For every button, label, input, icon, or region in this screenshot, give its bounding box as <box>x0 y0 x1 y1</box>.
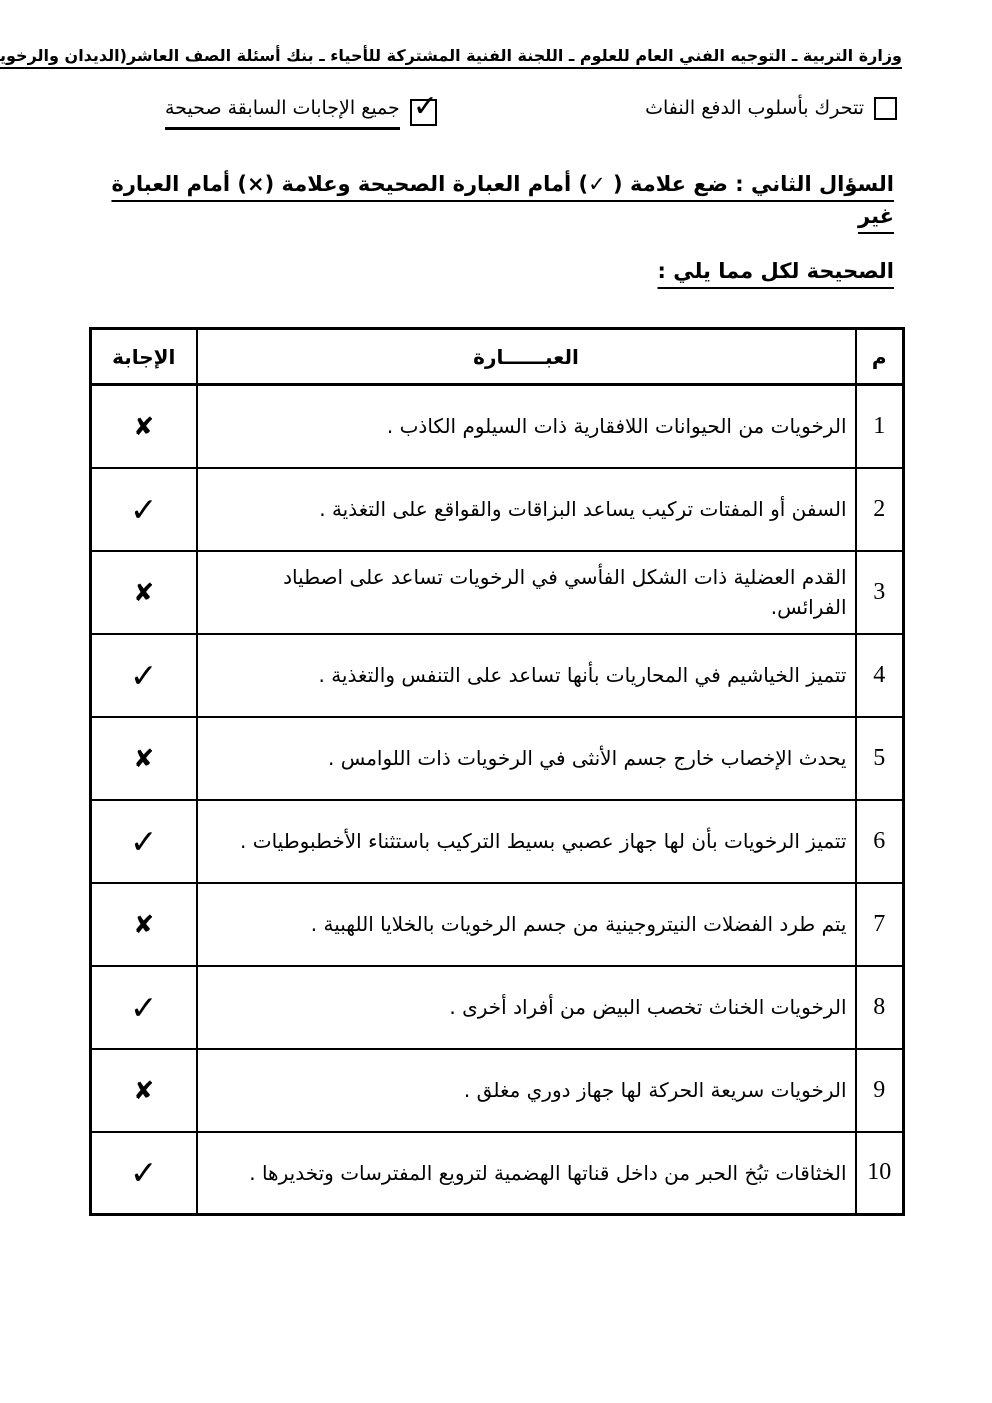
document-header: وزارة التربية ـ التوجيه الفني العام للعل… <box>92 46 902 65</box>
checkbox-unchecked-icon[interactable] <box>874 97 897 120</box>
statement-cell: القدم العضلية ذات الشكل الفأسي في الرخوي… <box>197 551 856 634</box>
true-false-table: م العبــــــارة الإجابة 1 الرخويات من ال… <box>89 327 905 1216</box>
row-number: 8 <box>856 966 904 1049</box>
answer-cell: ✘ <box>91 1049 197 1132</box>
answer-mark: ✓ <box>130 659 158 692</box>
column-header-statement: العبــــــارة <box>197 329 856 385</box>
answer-mark: ✘ <box>133 580 154 605</box>
row-number: 7 <box>856 883 904 966</box>
row-number: 5 <box>856 717 904 800</box>
question-title: السؤال الثاني : ضع علامة ( ✓) أمام العبا… <box>100 168 894 288</box>
answer-mark: ✓ <box>130 1156 158 1189</box>
table-row: 10 الخثاقات تبُخ الحبر من داخل قناتها ال… <box>91 1132 904 1215</box>
document-header-text: وزارة التربية ـ التوجيه الفني العام للعل… <box>0 46 902 65</box>
answer-cell: ✘ <box>91 717 197 800</box>
answer-mark: ✓ <box>130 991 158 1024</box>
row-number: 2 <box>856 468 904 551</box>
answer-mark: ✘ <box>133 912 154 937</box>
statement-cell: السفن أو المفتات تركيب يساعد البزاقات وا… <box>197 468 856 551</box>
table-row: 6 تتميز الرخويات بأن لها جهاز عصبي بسيط … <box>91 800 904 883</box>
option-jet-propulsion-label: تتحرك بأسلوب الدفع النفاث <box>645 95 864 122</box>
table-header-row: م العبــــــارة الإجابة <box>91 329 904 385</box>
checkbox-checked-icon[interactable]: ✓ <box>410 99 437 126</box>
option-jet-propulsion[interactable]: تتحرك بأسلوب الدفع النفاث <box>645 95 897 122</box>
column-header-answer: الإجابة <box>91 329 197 385</box>
statement-cell: الخثاقات تبُخ الحبر من داخل قناتها الهضم… <box>197 1132 856 1215</box>
statement-cell: الرخويات من الحيوانات اللافقارية ذات الس… <box>197 385 856 468</box>
table-row: 5 يحدث الإخصاب خارج جسم الأنثى في الرخوي… <box>91 717 904 800</box>
table-row: 1 الرخويات من الحيوانات اللافقارية ذات ا… <box>91 385 904 468</box>
answer-options-row: تتحرك بأسلوب الدفع النفاث ✓ جميع الإجابا… <box>165 95 897 130</box>
row-number: 10 <box>856 1132 904 1215</box>
statement-cell: تتميز الرخويات بأن لها جهاز عصبي بسيط ال… <box>197 800 856 883</box>
answer-cell: ✘ <box>91 883 197 966</box>
row-number: 1 <box>856 385 904 468</box>
check-mark-icon: ✓ <box>413 92 438 122</box>
row-number: 4 <box>856 634 904 717</box>
option-all-previous-correct[interactable]: ✓ جميع الإجابات السابقة صحيحة <box>165 95 437 130</box>
row-number: 3 <box>856 551 904 634</box>
answer-cell: ✓ <box>91 468 197 551</box>
answer-mark: ✘ <box>133 1078 154 1103</box>
table-row: 2 السفن أو المفتات تركيب يساعد البزاقات … <box>91 468 904 551</box>
answer-cell: ✘ <box>91 551 197 634</box>
table-row: 8 الرخويات الخناث تخصب البيض من أفراد أخ… <box>91 966 904 1049</box>
row-number: 9 <box>856 1049 904 1132</box>
answer-mark: ✓ <box>130 825 158 858</box>
statement-cell: تتميز الخياشيم في المحاريات بأنها تساعد … <box>197 634 856 717</box>
question-title-line-2: الصحيحة لكل مما يلي : <box>657 255 894 288</box>
option-all-previous-correct-label: جميع الإجابات السابقة صحيحة <box>165 95 400 130</box>
row-number: 6 <box>856 800 904 883</box>
answer-cell: ✓ <box>91 966 197 1049</box>
table-row: 9 الرخويات سريعة الحركة لها جهاز دوري مغ… <box>91 1049 904 1132</box>
answer-cell: ✓ <box>91 634 197 717</box>
statement-cell: يتم طرد الفضلات النيتروجينية من جسم الرخ… <box>197 883 856 966</box>
answer-mark: ✘ <box>133 414 154 439</box>
answer-mark: ✘ <box>133 746 154 771</box>
question-title-line-1: السؤال الثاني : ضع علامة ( ✓) أمام العبا… <box>100 168 894 233</box>
answer-cell: ✘ <box>91 385 197 468</box>
answer-cell: ✓ <box>91 1132 197 1215</box>
statement-cell: الرخويات سريعة الحركة لها جهاز دوري مغلق… <box>197 1049 856 1132</box>
table-row: 7 يتم طرد الفضلات النيتروجينية من جسم ال… <box>91 883 904 966</box>
table-row: 4 تتميز الخياشيم في المحاريات بأنها تساع… <box>91 634 904 717</box>
answer-cell: ✓ <box>91 800 197 883</box>
statement-cell: الرخويات الخناث تخصب البيض من أفراد أخرى… <box>197 966 856 1049</box>
table-row: 3 القدم العضلية ذات الشكل الفأسي في الرخ… <box>91 551 904 634</box>
column-header-number: م <box>856 329 904 385</box>
statement-cell: يحدث الإخصاب خارج جسم الأنثى في الرخويات… <box>197 717 856 800</box>
answer-mark: ✓ <box>130 493 158 526</box>
exam-document-page: وزارة التربية ـ التوجيه الفني العام للعل… <box>0 0 992 1403</box>
